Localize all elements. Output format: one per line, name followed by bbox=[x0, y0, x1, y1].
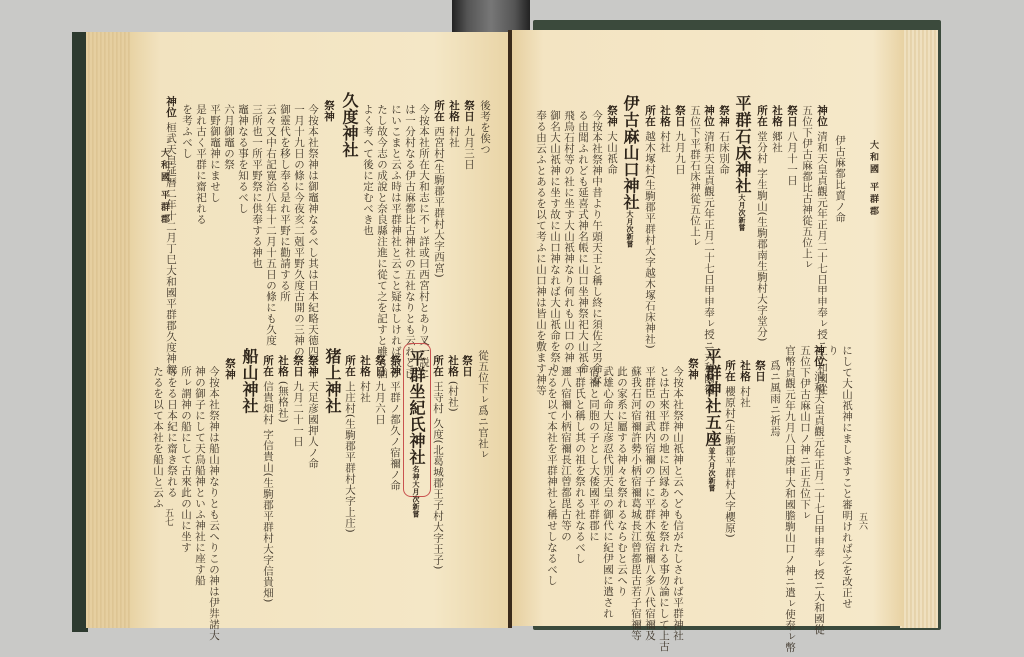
entry-line: 社格 村社 bbox=[358, 355, 371, 403]
text-line: 所ㇾ謂神の船にして古來此の山に坐す bbox=[179, 366, 192, 553]
text-line: 平群氏と稱し其の祖を祭れる社なるべし bbox=[573, 366, 586, 564]
shrine-name: 久度神社 bbox=[340, 92, 359, 158]
entry-line: 祭神 平群ノ都久ノ宿禰ノ命 bbox=[388, 355, 401, 491]
text-line: 邇八宿禰小柄宿禰長江曾都毘古等の bbox=[559, 366, 572, 542]
text-line: たし故今志の成說と奈良縣注進に從て之を記すと雖も猶 bbox=[375, 104, 388, 379]
page-edges-right bbox=[900, 30, 938, 628]
text-line: 蘇我石河宿禰許勢小柄宿禰葛城長江曾都毘古若子宿禰等 bbox=[629, 366, 642, 641]
entry-line: 所在 王寺村 久度(北葛城郡王子村大字王子) bbox=[431, 355, 444, 570]
text-line: る由聞ふれども延喜式神名帳に山口坐神祭祀大山祇命 bbox=[576, 110, 589, 374]
field-value: 村社 bbox=[739, 386, 751, 408]
field-label: 神位 bbox=[165, 96, 177, 118]
text-line: 是れ古く平群に齋祀れる bbox=[194, 104, 207, 225]
field-value: 村社 bbox=[659, 131, 671, 153]
field-value: 信貴畑村 字信貴山(生駒郡平群村大字信貴畑) bbox=[262, 381, 274, 603]
running-header-right: 大和國 平群郡 bbox=[866, 140, 879, 218]
text-line: 伊古麻都比賣ノ命 bbox=[833, 135, 846, 223]
field-value: 西宮村(生駒郡平群村大字西宮) bbox=[433, 126, 445, 278]
text-line: たるを以て本社を船山と云ふ bbox=[151, 366, 164, 509]
shrine-title: 久度神社 bbox=[340, 92, 358, 158]
field-label: 所在 bbox=[724, 360, 736, 382]
field-value: 八月十一日 bbox=[786, 131, 798, 186]
shrine-rank-note: 並大月次新嘗 bbox=[708, 447, 717, 492]
text-line: 等をる日本紀に齋き祭れる bbox=[165, 366, 178, 498]
shrine-name: 船山神社 bbox=[240, 348, 259, 414]
text-line: 爲ニ風雨ニ祈焉 bbox=[768, 360, 781, 437]
text-line: 今按本社所在大和志に不ㇾ詳或曰西宮村とあり叉一説に bbox=[417, 104, 430, 379]
field-value: 村社 bbox=[359, 381, 371, 403]
field-label: 祭日 bbox=[754, 360, 766, 382]
entry-line: 祭神 bbox=[686, 358, 699, 380]
field-value: 桓武天皇延暦二年十二月丁巳大和國平群郡久度神叙 bbox=[165, 122, 177, 375]
field-label: 社格 bbox=[771, 105, 783, 127]
shrine-name: 猪上神社 bbox=[323, 348, 342, 414]
entry-line: 祭日 九月三日 bbox=[462, 100, 475, 170]
entry-line: 祭日 bbox=[460, 355, 473, 377]
field-value: 越木塚村(生駒郡平群村大字越木塚石床神社) bbox=[644, 131, 656, 349]
field-value: 平群ノ都久ノ宿禰ノ命 bbox=[389, 381, 401, 491]
field-label: 祭神 bbox=[718, 105, 730, 127]
entry-line: 社格 村社 bbox=[658, 105, 671, 153]
text-line: 今按本社祭神山祇神と云へども信がたしされば平群神社 bbox=[671, 366, 684, 641]
shrine-name: 伊古麻山口神社 bbox=[621, 95, 640, 211]
entry-line: 所在 櫻原村(生駒郡平群村大字櫻原) bbox=[723, 360, 736, 538]
text-line: 竈神なる事を知るべし bbox=[236, 104, 249, 214]
entry-line: 社格 郷社 bbox=[770, 105, 783, 153]
field-label: 祭日 bbox=[461, 355, 473, 377]
entry-line: 所在 越木塚村(生駒郡平群村大字越木塚石床神社) bbox=[643, 105, 656, 349]
field-label: 祭日 bbox=[374, 355, 386, 377]
entry-line: 社格 (無格社) bbox=[276, 355, 289, 423]
text-line: は一分村なる伊古麻都比古神社の五社なりとも云れど已 bbox=[403, 104, 416, 379]
page-number-right: 五六 bbox=[856, 512, 869, 530]
field-label: 社格 bbox=[359, 355, 371, 377]
field-label: 祭神 bbox=[389, 355, 401, 377]
entry-line: 祭日 九月二十一日 bbox=[291, 355, 304, 447]
text-line: 此の家系に屬する神々を祭れるならむと云へり bbox=[615, 366, 628, 597]
text-line: 五位下伊古麻山口ノ神ニ正五位下ㇾ bbox=[798, 345, 811, 521]
field-label: 社格 bbox=[659, 105, 671, 127]
field-label: 社格 bbox=[739, 360, 751, 382]
field-value: 九月九日 bbox=[674, 131, 686, 175]
text-line: 今按本社祭神は御竈神なるべし其は日本紀略天德四年十 bbox=[306, 104, 319, 379]
entry-line: 社格 村社 bbox=[447, 100, 460, 148]
field-label: 所在 bbox=[756, 105, 768, 127]
text-line: 三所也一所平野祭に供奉する神也 bbox=[250, 104, 263, 269]
shrine-title: 平群石床神社大月次新嘗 bbox=[733, 95, 751, 232]
field-value: (村社) bbox=[447, 381, 459, 412]
entry-line: 祭神 bbox=[223, 358, 236, 380]
text-line: 神の御子にして天鳥船神といふ神社に座す船 bbox=[193, 366, 206, 586]
text-line: よく考へて後に定むべき也 bbox=[361, 104, 374, 236]
text-line: 今按本社祭神は船山神なりとも云へりこの神は伊弉諾大 bbox=[207, 366, 220, 641]
field-label: 所在 bbox=[644, 105, 656, 127]
field-value: (無格社) bbox=[277, 381, 289, 423]
text-line: 一月十九日の條に今夜亥二剋平野久度古開の三神の bbox=[292, 104, 305, 357]
text-line: 五位下伊古麻都比古神從五位上ㇾ bbox=[800, 105, 813, 270]
field-label: 祭神 bbox=[323, 100, 335, 122]
field-label: 神位 bbox=[813, 345, 825, 367]
field-value: 櫻原村(生駒郡平群村大字櫻原) bbox=[724, 386, 736, 538]
field-value: 清和天皇貞觀元年正月二十七日甲申奉ㇾ授ニ大和國從 bbox=[813, 371, 825, 635]
shrine-title: 猪上神社 bbox=[323, 348, 341, 414]
entry-line: 祭神 bbox=[322, 100, 335, 122]
field-value: 石床別命 bbox=[718, 131, 730, 175]
entry-line: 所在 西宮村(生駒郡平群村大字西宮) bbox=[432, 100, 445, 278]
field-label: 所在 bbox=[262, 355, 274, 377]
field-label: 社格 bbox=[277, 355, 289, 377]
field-value: 大山祇命 bbox=[606, 131, 618, 175]
field-value: 村社 bbox=[448, 126, 460, 148]
field-label: 祭神 bbox=[224, 358, 236, 380]
text-line: 御靈代を移し奉る是れ平野に勸請する所 bbox=[278, 104, 291, 302]
entry-line: 祭日 八月十一日 bbox=[785, 105, 798, 186]
entry-line: 祭神 天足彦國押人ノ命 bbox=[306, 355, 319, 469]
field-label: 神位 bbox=[703, 105, 715, 127]
book-gutter bbox=[508, 30, 512, 628]
shrine-title-highlighted: 平群坐紀氏神社名神大月次新嘗 bbox=[407, 350, 425, 518]
text-line: にいこまと云ふ時は平群神社と云こと疑はしければ取が bbox=[389, 104, 402, 379]
shrine-title: 伊古麻山口神社大月次新嘗 bbox=[621, 95, 639, 248]
text-line: 五位下平群石床神從五位上ㇾ bbox=[688, 105, 701, 248]
text-line: 宿禰と同胞の子とし大倭國平群郡に bbox=[587, 366, 600, 542]
field-label: 神位 bbox=[816, 105, 828, 127]
field-value: 九月二十一日 bbox=[292, 381, 304, 447]
shrine-title: 船山神社 bbox=[240, 348, 258, 414]
text-line: 六月御竈の祭 bbox=[222, 104, 235, 170]
field-value: 郷社 bbox=[771, 131, 783, 153]
shrine-name: 平群坐紀氏神社 bbox=[407, 350, 426, 466]
field-label: 祭日 bbox=[786, 105, 798, 127]
entry-line: 所在 堂分村 字生駒山(生駒郡南生駒村大字堂分) bbox=[755, 105, 768, 342]
field-label: 祭日 bbox=[292, 355, 304, 377]
field-value: 九月三日 bbox=[463, 126, 475, 170]
shrine-rank-note: 大月次新嘗 bbox=[626, 211, 635, 249]
page-number-left: 五七 bbox=[162, 508, 175, 526]
entry-line: 社格 村社 bbox=[738, 360, 751, 408]
field-value: 天足彦國押人ノ命 bbox=[307, 381, 319, 469]
entry-line: 祭日 bbox=[753, 360, 766, 382]
field-label: 祭日 bbox=[674, 105, 686, 127]
field-value: 上庄村(生駒郡平群村大字上庄) bbox=[344, 381, 356, 533]
entry-line: 祭神 石床別命 bbox=[717, 105, 730, 175]
shrine-name: 平群石床神社 bbox=[733, 95, 752, 194]
field-label: 所在 bbox=[432, 355, 444, 377]
entry-line: 神位 清和天皇貞觀元年正月二十七日甲申奉ㇾ授ニ大和國從 bbox=[812, 345, 825, 635]
field-label: 祭神 bbox=[687, 358, 699, 380]
text-line: 御名大山祇神に坐す故に山口神なれば大山祇命を祭り bbox=[548, 110, 561, 374]
field-label: 祭神 bbox=[606, 105, 618, 127]
text-line: 飛鳥石村等の社に坐す大山祇神なり何れも山口の神 bbox=[562, 110, 575, 363]
text-line: 後考を俟つ bbox=[478, 100, 491, 155]
entry-line: 神位 桓武天皇延暦二年十二月丁巳大和國平群郡久度神叙 bbox=[164, 96, 177, 375]
entry-line: 所在 上庄村(生駒郡平群村大字上庄) bbox=[343, 355, 356, 533]
text-line: を考ふべし bbox=[180, 104, 193, 159]
field-value: 九月六日 bbox=[374, 381, 386, 425]
field-label: 祭日 bbox=[463, 100, 475, 122]
shrine-rank-note: 名神大月次新嘗 bbox=[412, 466, 421, 519]
entry-line: 祭神 大山祇命 bbox=[605, 105, 618, 175]
text-line: 官幣貞觀元年九月八日庚申大和國膽駒山口ノ神ニ遣ㇾ使奉ㇾ幣 bbox=[783, 345, 796, 653]
shrine-rank-note: 大月次新嘗 bbox=[738, 194, 747, 232]
text-line: 奉る由云ふとあるを以て考ふに山口神は皆山を敷ます神等 bbox=[534, 110, 547, 396]
field-value: 堂分村 字生駒山(生駒郡南生駒村大字堂分) bbox=[756, 131, 768, 342]
entry-line: 祭日 九月九日 bbox=[673, 105, 686, 175]
text-line: たるを以て本社を平群神社と稱せしなるべし bbox=[545, 366, 558, 586]
text-line: 從五位下ㇾ爲ニ官社ㇾ bbox=[476, 350, 489, 460]
field-value: 王寺村 久度(北葛城郡王子村大字王子) bbox=[432, 381, 444, 570]
field-label: 祭神 bbox=[307, 355, 319, 377]
field-label: 社格 bbox=[448, 100, 460, 122]
entry-line: 社格 (村社) bbox=[446, 355, 459, 412]
shrine-name: 平群神社五座 bbox=[703, 348, 722, 447]
text-line: 平群臣の祖武内宿禰の子に平群木菟宿禰八多八代宿禰及 bbox=[643, 366, 656, 641]
text-line: とは古來平群の地に因縁ある神を祭れる事勿論にして上古 bbox=[657, 366, 670, 652]
entry-line: 祭日 九月六日 bbox=[373, 355, 386, 425]
text-line: 今按本社祭神中昔より午頭天王と稱し終に須佐之男命な bbox=[590, 110, 603, 385]
field-label: 所在 bbox=[433, 100, 445, 122]
entry-line: 所在 信貴畑村 字信貴山(生駒郡平群村大字信貴畑) bbox=[261, 355, 274, 603]
field-label: 所在 bbox=[344, 355, 356, 377]
text-line: り bbox=[826, 345, 839, 356]
shrine-title: 平群神社五座並大月次新嘗 bbox=[703, 348, 721, 492]
text-line: 平野御竈神にませし bbox=[208, 104, 221, 203]
text-line: にして大山祇神にましますこと審明ければ之を改正せ bbox=[840, 345, 853, 609]
text-line: 武雄心命大足彦忍代別天皇の御代に紀伊國に遣され bbox=[601, 366, 614, 619]
text-line: 云々又中右記寛治八年十二月十五日の條にも久度 bbox=[264, 104, 277, 346]
field-label: 社格 bbox=[447, 355, 459, 377]
